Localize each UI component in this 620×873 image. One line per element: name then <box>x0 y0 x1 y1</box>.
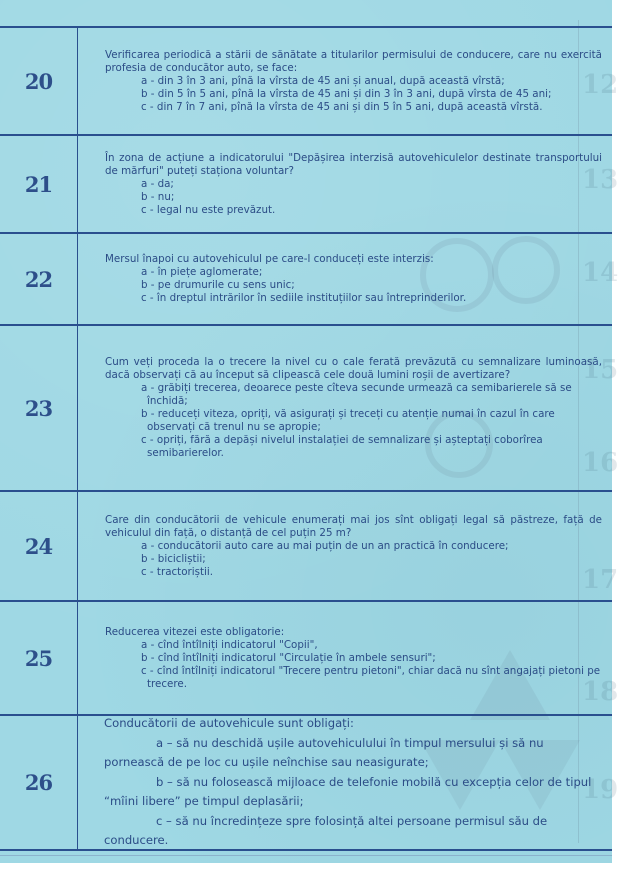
question-body: Conducătorii de autovehicule sunt obliga… <box>78 716 612 849</box>
answer-option-c[interactable]: c - opriți, fără a depăși nivelul instal… <box>105 434 602 460</box>
answer-option-a[interactable]: a - cînd întîlniți indicatorul "Copii", <box>105 639 602 652</box>
answer-option-b[interactable]: b - pe drumurile cu sens unic; <box>105 279 602 292</box>
answer-option-b[interactable]: b - din 5 în 5 ani, pînă la vîrsta de 45… <box>105 88 602 101</box>
question-number-cell: 21 <box>0 136 78 232</box>
answer-option-a[interactable]: a - din 3 în 3 ani, pînă la vîrsta de 45… <box>105 75 602 88</box>
question-text: Reducerea vitezei este obligatorie: <box>105 626 602 639</box>
question-text: Conducătorii de autovehicule sunt obliga… <box>104 714 602 734</box>
question-row: 26 Conducătorii de autovehicule sunt obl… <box>0 714 612 851</box>
answer-option-b[interactable]: b - nu; <box>105 191 602 204</box>
question-number: 25 <box>25 646 52 671</box>
question-body: În zona de acțiune a indicatorului "Depă… <box>78 136 612 232</box>
question-row: 23 Cum veți proceda la o trecere la nive… <box>0 324 612 490</box>
question-row: 22 Mersul înapoi cu autovehiculul pe car… <box>0 232 612 324</box>
question-number: 26 <box>25 770 52 795</box>
answer-option-c[interactable]: c – să nu încredințeze spre folosință al… <box>104 812 602 851</box>
question-number-cell: 24 <box>0 492 78 600</box>
answer-option-a[interactable]: a - da; <box>105 178 602 191</box>
answer-option-c[interactable]: c - din 7 în 7 ani, pînă la vîrsta de 45… <box>105 101 602 114</box>
question-text: Care din conducătorii de vehicule enumer… <box>105 514 602 540</box>
answer-option-c[interactable]: c - tractoriștii. <box>105 566 602 579</box>
question-row: 24 Care din conducătorii de vehicule enu… <box>0 490 612 600</box>
answer-option-c[interactable]: c - cînd întîlniți indicatorul "Trecere … <box>105 665 602 691</box>
question-body: Verificarea periodică a stării de sănăta… <box>78 28 612 134</box>
question-text: Cum veți proceda la o trecere la nivel c… <box>105 356 602 382</box>
question-number-cell: 23 <box>0 326 78 490</box>
question-body: Mersul înapoi cu autovehiculul pe care-l… <box>78 234 612 324</box>
question-text: Verificarea periodică a stării de sănăta… <box>105 49 602 75</box>
question-text: În zona de acțiune a indicatorului "Depă… <box>105 152 602 178</box>
answer-option-a[interactable]: a - grăbiți trecerea, deoarece peste cît… <box>105 382 602 408</box>
answer-option-a[interactable]: a - în piețe aglomerate; <box>105 266 602 279</box>
answer-option-b[interactable]: b - cînd întîlniți indicatorul "Circulaț… <box>105 652 602 665</box>
answer-option-a[interactable]: a – să nu deschidă ușile autovehiculului… <box>104 734 602 773</box>
answer-option-c[interactable]: c - în dreptul intrărilor în sediile ins… <box>105 292 602 305</box>
answer-option-b[interactable]: b – să nu folosească mijloace de telefon… <box>104 773 602 812</box>
question-body: Cum veți proceda la o trecere la nivel c… <box>78 326 612 490</box>
question-number: 22 <box>25 267 52 292</box>
question-number-cell: 22 <box>0 234 78 324</box>
question-number-cell: 20 <box>0 28 78 134</box>
question-row: 21 În zona de acțiune a indicatorului "D… <box>0 134 612 232</box>
question-text: Mersul înapoi cu autovehiculul pe care-l… <box>105 253 602 266</box>
question-body: Care din conducătorii de vehicule enumer… <box>78 492 612 600</box>
question-number: 21 <box>25 172 52 197</box>
question-number: 24 <box>25 534 52 559</box>
question-row: 20 Verificarea periodică a stării de săn… <box>0 26 612 134</box>
question-body: Reducerea vitezei este obligatorie: a - … <box>78 602 612 714</box>
question-number-cell: 25 <box>0 602 78 714</box>
question-number-cell: 26 <box>0 716 78 849</box>
answer-option-c[interactable]: c - legal nu este prevăzut. <box>105 204 602 217</box>
question-number: 20 <box>25 69 52 94</box>
question-number: 23 <box>25 396 52 421</box>
answer-option-b[interactable]: b - reduceți viteza, opriți, vă asiguraț… <box>105 408 602 434</box>
answer-option-b[interactable]: b - bicicliștii; <box>105 553 602 566</box>
question-row: 25 Reducerea vitezei este obligatorie: a… <box>0 600 612 714</box>
answer-option-a[interactable]: a - conducătorii auto care au mai puțin … <box>105 540 602 553</box>
bottom-margin-rule <box>0 855 612 856</box>
question-sheet: 12 13 14 15 16 17 18 19 20 Verificarea p… <box>0 0 612 863</box>
